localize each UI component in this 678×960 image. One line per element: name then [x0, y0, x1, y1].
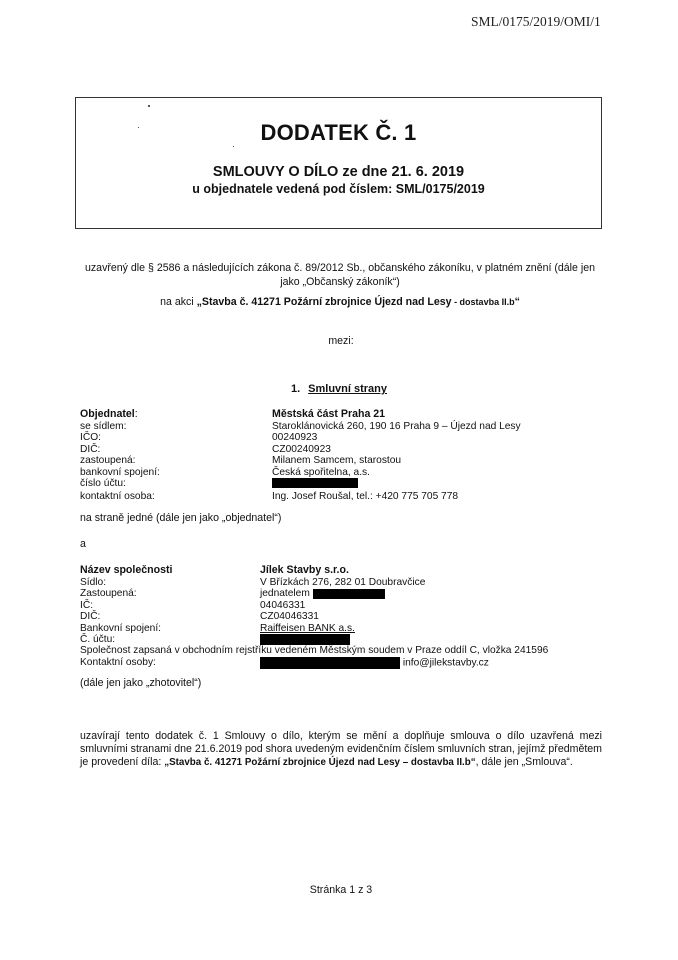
- document-subtitle: SMLOUVY O DÍLO ze dne 21. 6. 2019: [76, 164, 601, 180]
- party-row: bankovní spojení:Česká spořitelna, a.s.: [80, 467, 620, 478]
- redaction-bar: [272, 478, 358, 488]
- party-registry: Společnost zapsaná v obchodním rejstříku…: [80, 645, 620, 656]
- party-row: kontaktní osoba:Ing. Josef Roušal, tel.:…: [80, 491, 620, 502]
- intro-paragraph: uzavřený dle § 2586 a následujících záko…: [75, 261, 605, 289]
- party-row: se sídlem:Staroklánovická 260, 190 16 Pr…: [80, 421, 620, 432]
- redaction-bar: [260, 657, 400, 669]
- party-row: IČ:04046331: [80, 600, 620, 611]
- party-row: Kontaktní osoby: info@jilekstavby.cz: [80, 657, 620, 668]
- section-heading: 1.Smluvní strany: [0, 383, 678, 395]
- document-reference-number: SML/0175/2019/OMI/1: [471, 14, 601, 30]
- scan-speck: [148, 105, 150, 107]
- scan-speck: [233, 146, 234, 147]
- redaction-bar: [260, 634, 350, 645]
- party-row: IČO:00240923: [80, 432, 620, 443]
- party-client-closing: na straně jedné (dále jen jako „objednat…: [80, 512, 281, 524]
- page-footer: Stránka 1 z 3: [0, 884, 678, 896]
- conjunction: a: [80, 538, 86, 550]
- party-client: Objednatel: Městská část Praha 21 se síd…: [80, 409, 620, 503]
- action-prefix: na akci: [160, 296, 197, 308]
- party-row: Zastoupená:jednatelem: [80, 588, 620, 599]
- party-row: DIČ:CZ00240923: [80, 444, 620, 455]
- action-title: „Stavba č. 41271 Požární zbrojnice Újezd…: [197, 296, 520, 308]
- party-contractor-heading: Název společnosti Jílek Stavby s.r.o.: [80, 565, 620, 577]
- party-client-label: Objednatel: [80, 408, 135, 420]
- party-row: Bankovní spojení:Raiffeisen BANK a.s.: [80, 623, 620, 634]
- party-row: DIČ:CZ04046331: [80, 611, 620, 622]
- party-client-name: Městská část Praha 21: [272, 409, 385, 421]
- section-number: 1.: [291, 383, 300, 395]
- party-contractor: Název společnosti Jílek Stavby s.r.o. Sí…: [80, 565, 620, 668]
- party-row: Sídlo:V Břízkách 276, 282 01 Doubravčice: [80, 577, 620, 588]
- work-title: „Stavba č. 41271 Požární zbrojnice Újezd…: [164, 757, 475, 768]
- closing-paragraph: uzavírají tento dodatek č. 1 Smlouvy o d…: [80, 730, 602, 770]
- scan-speck: [138, 127, 139, 128]
- document-subtitle-reference: u objednatele vedená pod číslem: SML/017…: [76, 182, 601, 196]
- document-title: DODATEK Č. 1: [76, 120, 601, 146]
- action-line: na akci „Stavba č. 41271 Požární zbrojni…: [75, 296, 605, 308]
- party-row: Č. účtu:: [80, 634, 620, 645]
- party-row: zastoupená:Milanem Samcem, starostou: [80, 455, 620, 466]
- title-box: DODATEK Č. 1 SMLOUVY O DÍLO ze dne 21. 6…: [75, 97, 602, 229]
- section-title: Smluvní strany: [308, 383, 387, 395]
- party-contractor-closing: (dále jen jako „zhotovitel“): [80, 677, 201, 689]
- between-label: mezi:: [0, 335, 678, 347]
- party-row: číslo účtu:: [80, 478, 620, 489]
- party-client-heading: Objednatel: Městská část Praha 21: [80, 409, 620, 421]
- party-contractor-name: Jílek Stavby s.r.o.: [260, 565, 349, 577]
- party-contractor-label: Název společnosti: [80, 565, 260, 577]
- redaction-bar: [313, 589, 385, 599]
